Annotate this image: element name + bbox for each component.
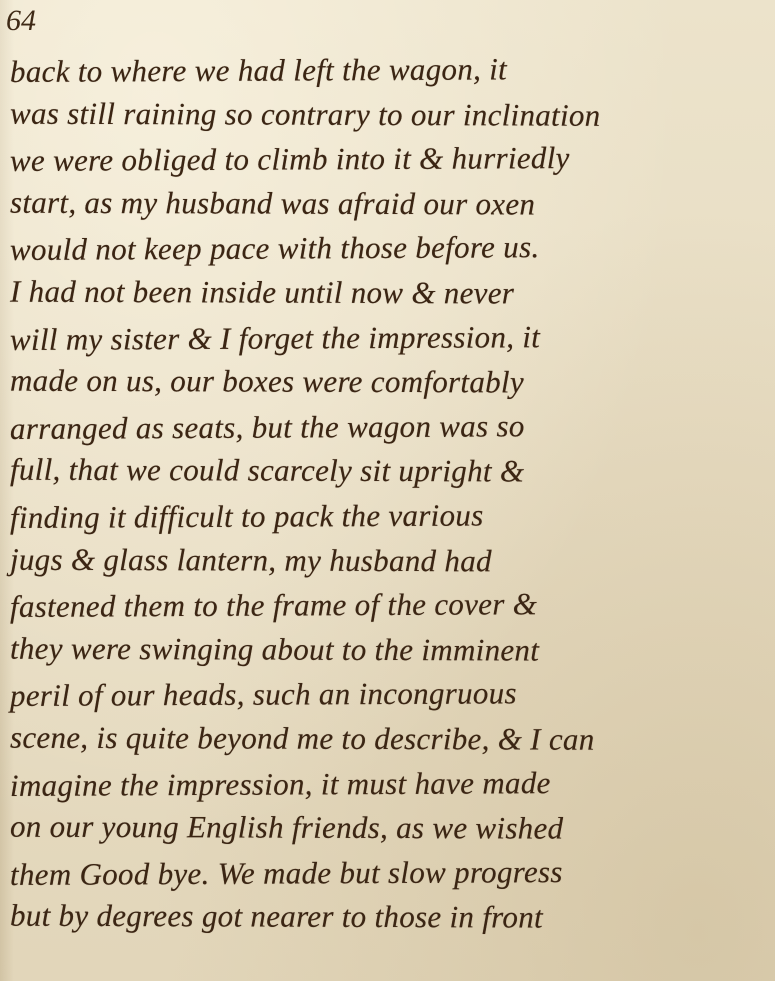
text-line: they were swinging about to the imminent bbox=[10, 626, 765, 673]
page-number: 64 bbox=[6, 4, 36, 38]
text-line: arranged as seats, but the wagon was so bbox=[10, 403, 765, 452]
text-line: peril of our heads, such an incongruous bbox=[10, 670, 765, 719]
text-line: would not keep pace with those before us… bbox=[10, 224, 765, 273]
text-line: imagine the impression, it must have mad… bbox=[10, 760, 765, 809]
text-line: on our young English friends, as we wish… bbox=[10, 805, 765, 852]
text-line: scene, is quite beyond me to describe, &… bbox=[10, 716, 765, 763]
text-line: was still raining so contrary to our inc… bbox=[10, 91, 765, 138]
text-line: fastened them to the frame of the cover … bbox=[10, 581, 765, 630]
text-line: I had not been inside until now & never bbox=[10, 270, 765, 317]
text-line: but by degrees got nearer to those in fr… bbox=[10, 894, 765, 941]
text-line: finding it difficult to pack the various bbox=[10, 492, 765, 541]
handwritten-text-body: back to where we had left the wagon, it … bbox=[10, 48, 765, 940]
text-line: made on us, our boxes were comfortably bbox=[10, 359, 765, 406]
text-line: them Good bye. We made but slow progress bbox=[10, 849, 765, 898]
text-line: start, as my husband was afraid our oxen bbox=[10, 180, 765, 227]
text-line: jugs & glass lantern, my husband had bbox=[10, 537, 765, 584]
text-line: back to where we had left the wagon, it bbox=[10, 46, 765, 95]
text-line: we were obliged to climb into it & hurri… bbox=[10, 135, 765, 184]
text-line: will my sister & I forget the impression… bbox=[10, 314, 765, 363]
manuscript-page: 64 back to where we had left the wagon, … bbox=[0, 0, 775, 981]
text-line: full, that we could scarcely sit upright… bbox=[10, 448, 765, 495]
